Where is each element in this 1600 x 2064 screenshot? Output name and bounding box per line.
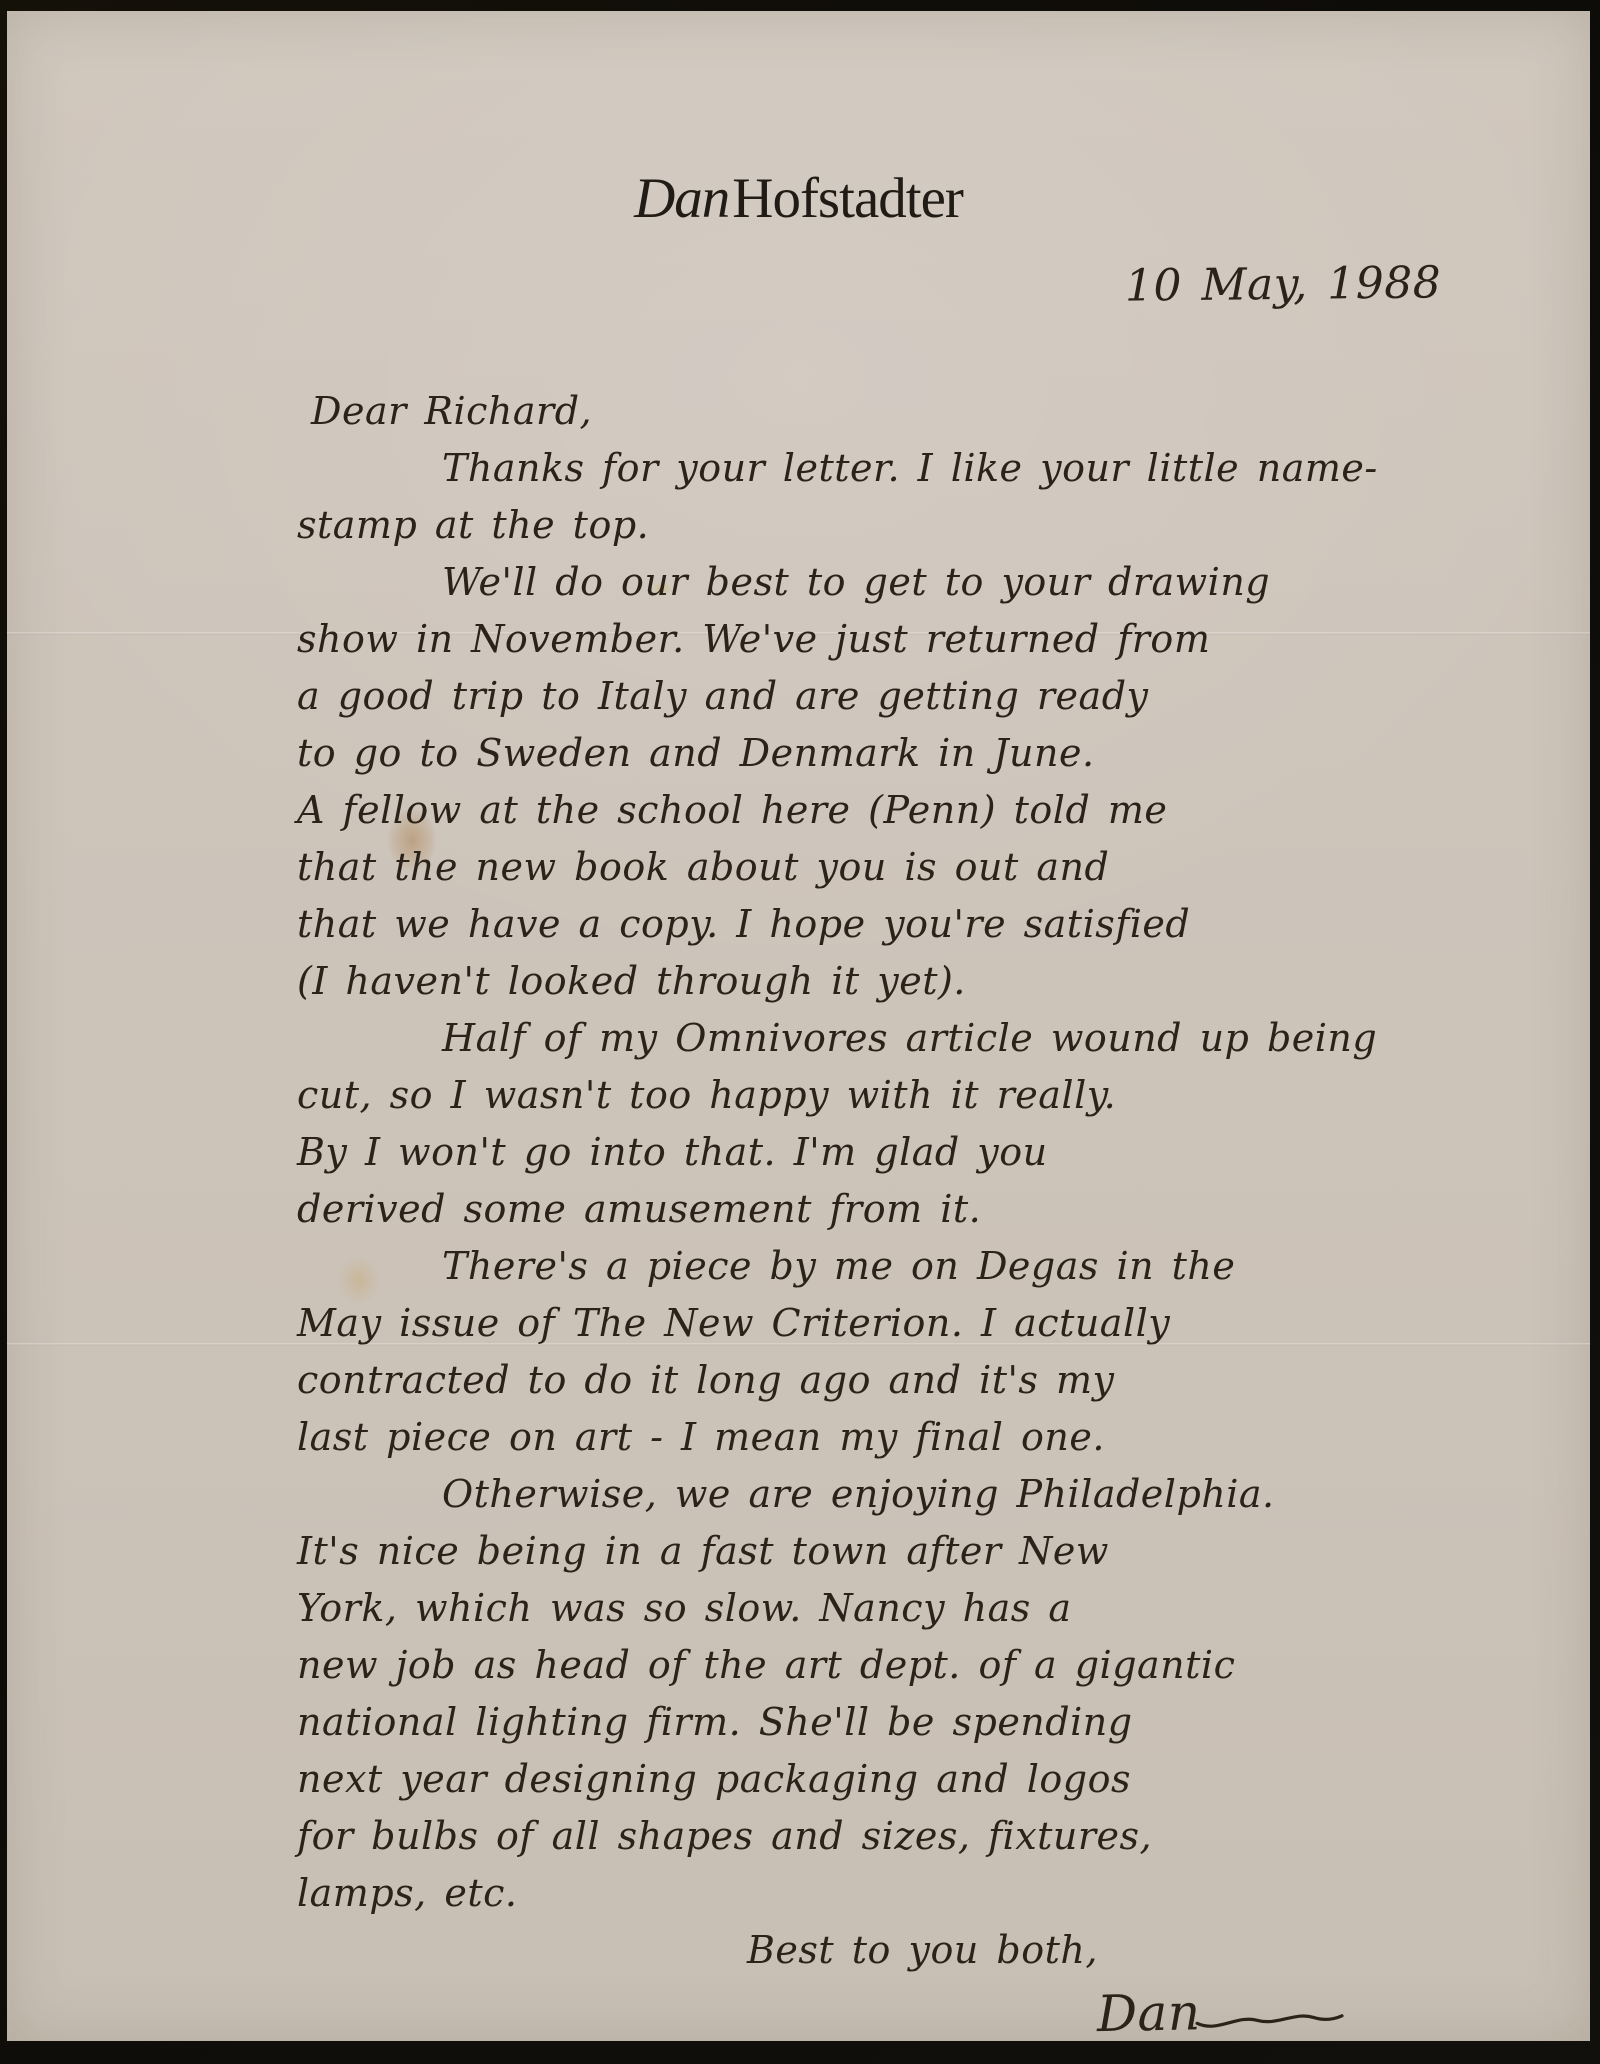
handwritten-line: May issue of The New Criterion. I actual… (297, 1295, 1567, 1352)
handwritten-line: It's nice being in a fast town after New (297, 1523, 1567, 1580)
handwritten-line: (I haven't looked through it yet). (297, 953, 1567, 1010)
handwritten-line: national lighting firm. She'll be spendi… (297, 1694, 1567, 1751)
handwritten-line: Half of my Omnivores article wound up be… (297, 1010, 1567, 1067)
handwritten-line: York, which was so slow. Nancy has a (297, 1580, 1567, 1637)
handwritten-line: to go to Sweden and Denmark in June. (297, 725, 1567, 782)
handwritten-line: A fellow at the school here (Penn) told … (297, 782, 1567, 839)
letter-paragraph: We'll do our best to get to your drawing… (297, 554, 1567, 1010)
handwritten-line: Otherwise, we are enjoying Philadelphia. (297, 1466, 1567, 1523)
scanned-letter-photo: DanHofstadter 10 May, 1988 Dear Richard,… (0, 0, 1600, 2064)
handwritten-line: Thanks for your letter. I like your litt… (297, 440, 1567, 497)
handwritten-line: We'll do our best to get to your drawing (297, 554, 1567, 611)
letter-paragraph: Thanks for your letter. I like your litt… (297, 440, 1567, 554)
letter-paragraph: Half of my Omnivores article wound up be… (297, 1010, 1567, 1238)
handwritten-line: a good trip to Italy and are getting rea… (297, 668, 1567, 725)
handwritten-line: stamp at the top. (297, 497, 1567, 554)
signature-flourish (1194, 2007, 1344, 2036)
letter-paragraph: Otherwise, we are enjoying Philadelphia.… (297, 1466, 1567, 1922)
salutation: Dear Richard, (311, 383, 1567, 440)
closing: Best to you both, (747, 1922, 1567, 1982)
handwritten-line: derived some amusement from it. (297, 1181, 1567, 1238)
letterhead: DanHofstadter (7, 166, 1590, 231)
handwritten-line: By I won't go into that. I'm glad you (297, 1124, 1567, 1181)
letterhead-last-name: Hofstadter (732, 167, 963, 230)
handwritten-line: that the new book about you is out and (297, 839, 1567, 896)
handwritten-line: show in November. We've just returned fr… (297, 611, 1567, 668)
letter-body: Dear Richard, Thanks for your letter. I … (297, 383, 1567, 2052)
handwritten-line: last piece on art - I mean my final one. (297, 1409, 1567, 1466)
handwritten-line: that we have a copy. I hope you're satis… (297, 896, 1567, 953)
letter-paragraph: There's a piece by me on Degas in the Ma… (297, 1238, 1567, 1466)
letter-paper: DanHofstadter 10 May, 1988 Dear Richard,… (7, 11, 1590, 2041)
signature-text: Dan (1096, 1983, 1201, 2043)
handwritten-line: There's a piece by me on Degas in the (297, 1238, 1567, 1295)
signature: Dan (1096, 1978, 1567, 2056)
handwritten-line: new job as head of the art dept. of a gi… (297, 1637, 1567, 1694)
handwritten-line: next year designing packaging and logos (297, 1751, 1567, 1808)
handwritten-date: 10 May, 1988 (1125, 257, 1442, 311)
handwritten-line: for bulbs of all shapes and sizes, fixtu… (297, 1808, 1567, 1865)
handwritten-line: contracted to do it long ago and it's my (297, 1352, 1567, 1409)
letterhead-first-name: Dan (634, 167, 729, 230)
handwritten-line: cut, so I wasn't too happy with it reall… (297, 1067, 1567, 1124)
handwritten-line: lamps, etc. (297, 1865, 1567, 1922)
